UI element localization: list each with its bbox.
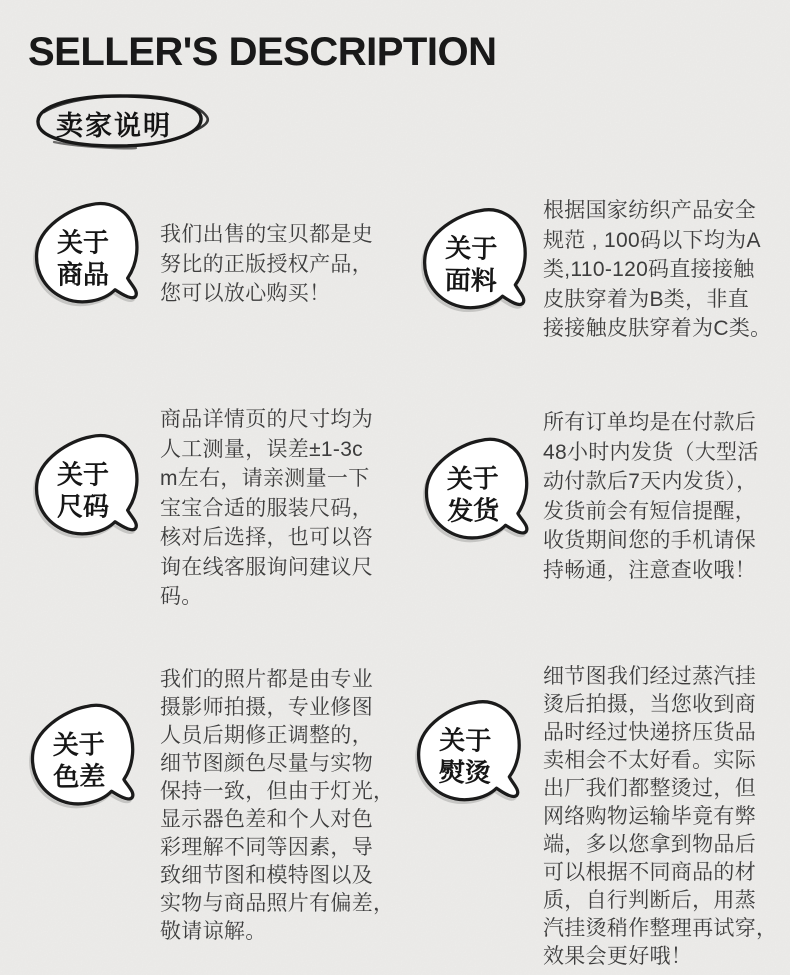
bubble-label: 关于 尺码 — [30, 458, 136, 522]
speech-bubble-product: 关于 商品 — [30, 196, 146, 326]
bubble-label: 关于 面料 — [417, 231, 524, 297]
badge-label: 卖家说明 — [24, 104, 204, 143]
section-text-size: 商品详情页的尺寸均为 人工测量，误差±1-3c m左右，请亲测量一下 宝宝合适的… — [160, 405, 373, 612]
bubble-label: 关于 色差 — [25, 728, 132, 794]
speech-bubble-fabric: 关于 面料 — [417, 201, 535, 333]
section-text-shipping: 所有订单均是在付款后 48小时内发货（大型活 动付款后7天内发货）， 发货前会有… — [543, 408, 759, 585]
speech-bubble-shipping: 关于 发货 — [419, 431, 537, 563]
page-title: SELLER'S DESCRIPTION — [28, 30, 496, 75]
section-text-product: 我们出售的宝贝都是史 努比的正版授权产品， 您可以放心购买！ — [160, 220, 373, 309]
bubble-label: 关于 商品 — [30, 226, 136, 290]
section-text-color-difference: 我们的照片都是由专业 摄影师拍摄，专业修图 人员后期修正调整的， 细节图颜色尽量… — [160, 666, 394, 946]
bubble-label: 关于 熨烫 — [411, 723, 518, 789]
section-text-ironing: 细节图我们经过蒸汽挂 烫后拍摄，当您收到商 品时经过快递挤压货品 卖相会不太好看… — [543, 663, 777, 971]
speech-bubble-size: 关于 尺码 — [30, 428, 146, 558]
seller-description-page: SELLER'S DESCRIPTION 卖家说明 关于 商品 我们出售的宝贝都… — [0, 0, 790, 975]
section-text-fabric: 根据国家纺织产品安全 规范 , 100码以下均为A 类,110-120码直接接触… — [543, 196, 771, 344]
bubble-label: 关于 发货 — [419, 462, 526, 528]
seller-badge: 卖家说明 — [24, 90, 214, 152]
speech-bubble-color-difference: 关于 色差 — [25, 697, 143, 829]
speech-bubble-ironing: 关于 熨烫 — [411, 693, 529, 825]
